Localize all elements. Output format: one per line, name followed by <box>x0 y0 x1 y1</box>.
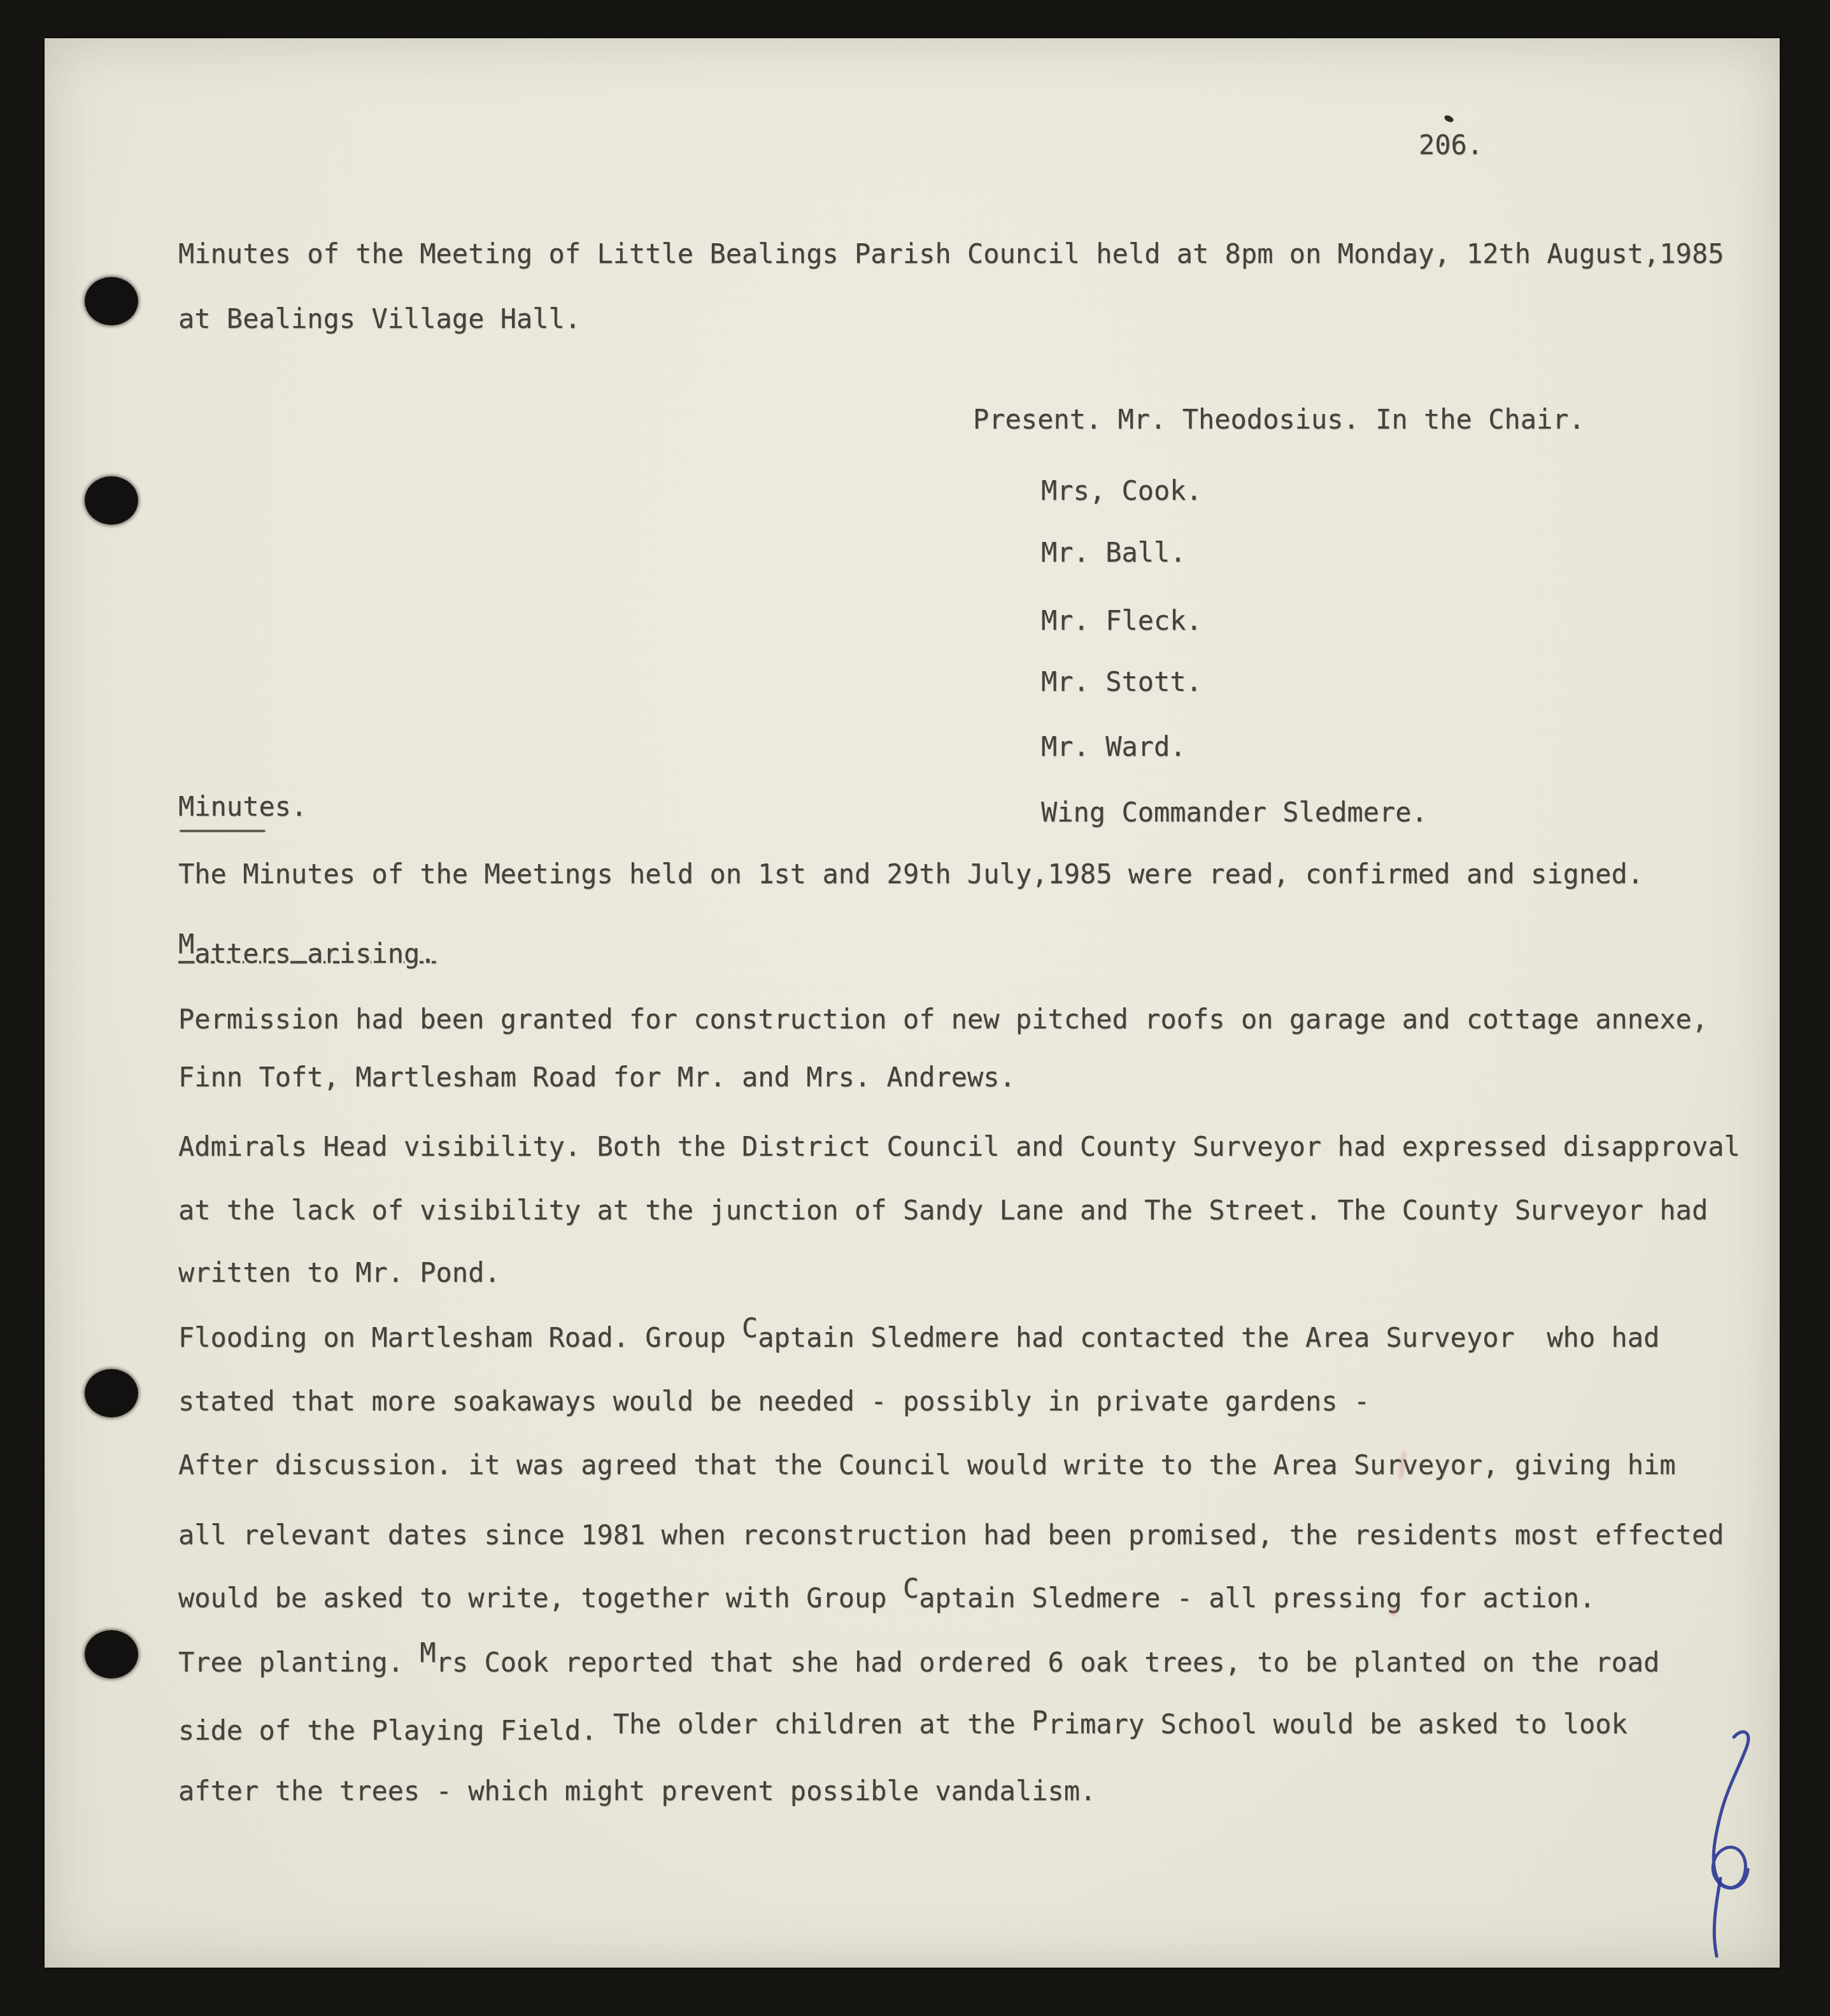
present-name: Mr. Fleck. <box>1041 604 1202 637</box>
punch-hole <box>85 277 138 325</box>
ink-smudge <box>1389 1606 1397 1616</box>
raised-letter: C <box>742 1312 758 1344</box>
body-line: would be asked to write, together with G… <box>178 1582 1595 1615</box>
matters-arising-heading: Matters arising. <box>178 937 436 970</box>
body-line: after the trees - which might prevent po… <box>178 1775 1096 1808</box>
punch-hole <box>85 1369 138 1417</box>
present-name: Mr. Stott. <box>1041 665 1202 699</box>
body-line: all relevant dates since 1981 when recon… <box>178 1519 1724 1552</box>
document-page: 206. Minutes of the Meeting of Little Be… <box>45 38 1780 1968</box>
raised-letter: M <box>420 1637 436 1668</box>
raised-letter: P <box>1032 1705 1047 1736</box>
present-chair-line: Present. Mr. Theodosius. In the Chair. <box>973 403 1585 436</box>
heading-line-1: Minutes of the Meeting of Little Bealing… <box>178 238 1724 271</box>
body-line: written to Mr. Pond. <box>178 1256 500 1289</box>
present-name: Wing Commander Sledmere. <box>1041 796 1428 829</box>
heading-line-2: at Bealings Village Hall. <box>178 302 581 336</box>
minutes-heading: Minutes. <box>178 790 307 823</box>
body-line: Permission had been granted for construc… <box>178 1003 1708 1036</box>
body-line: at the lack of visibility at the junctio… <box>178 1194 1708 1227</box>
minutes-underline <box>180 830 266 832</box>
minutes-text: The Minutes of the Meetings held on 1st … <box>178 858 1643 891</box>
punch-hole <box>85 476 138 525</box>
body-line: stated that more soakaways would be need… <box>178 1385 1370 1418</box>
raised-letter: C <box>903 1573 919 1604</box>
body-line: Flooding on Martlesham Road. Group Capta… <box>178 1321 1659 1354</box>
body-line: Finn Toft, Martlesham Road for Mr. and M… <box>178 1061 1016 1094</box>
raised-letter: M <box>178 928 194 960</box>
body-line: Tree planting. Mrs Cook reported that sh… <box>178 1646 1659 1679</box>
page-number: 206. <box>1419 129 1483 162</box>
ink-fleck <box>1443 114 1454 123</box>
present-name: Mr. Ball. <box>1041 536 1186 569</box>
punch-hole <box>85 1630 138 1679</box>
present-name: Mrs, Cook. <box>1041 474 1202 508</box>
body-line: Admirals Head visibility. Both the Distr… <box>178 1130 1740 1163</box>
body-line: After discussion. it was agreed that the… <box>178 1449 1676 1482</box>
present-name: Mr. Ward. <box>1041 730 1186 763</box>
scanned-minutes-page: { "colors":{ "background":"#161512", "pa… <box>0 0 1830 2016</box>
body-line: side of the Playing Field. The older chi… <box>178 1714 1628 1747</box>
signature-ink <box>1672 1727 1771 1964</box>
